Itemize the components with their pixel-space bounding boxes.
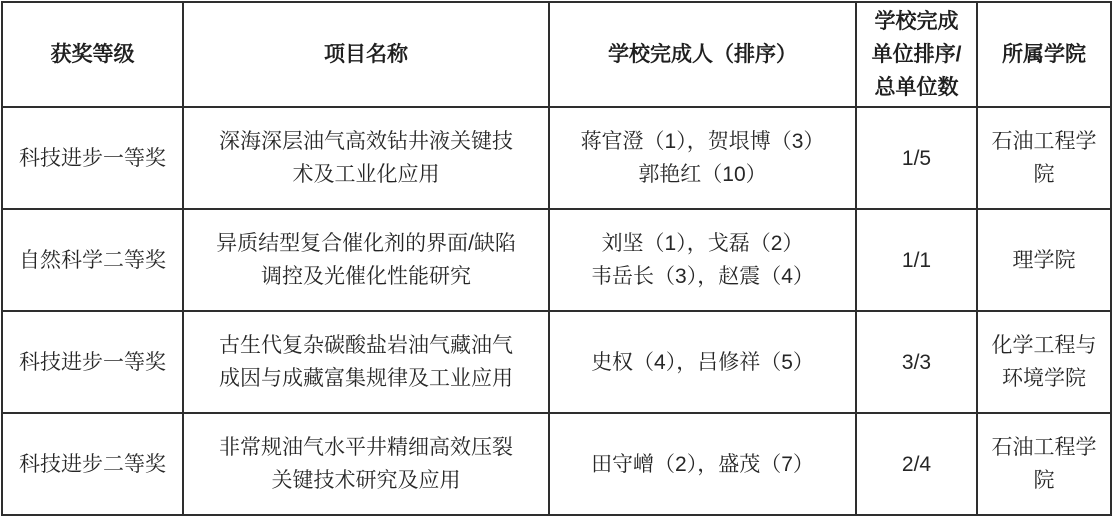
column-header-college: 所属学院 (977, 2, 1111, 107)
table-row: 科技进步一等奖 深海深层油气高效钻井液关键技 术及工业化应用 蒋官澄（1），贺垠… (2, 107, 1111, 209)
college-cell: 石油工程学 院 (977, 107, 1111, 209)
column-header-unit-rank: 学校完成 单位排序/ 总单位数 (856, 2, 977, 107)
table-row: 自然科学二等奖 异质结型复合催化剂的界面/缺陷 调控及光催化性能研究 刘坚（1）… (2, 209, 1111, 311)
awards-table-container: 获奖等级 项目名称 学校完成人（排序） 学校完成 单位排序/ 总单位数 所属学院… (0, 0, 1113, 518)
unit-rank-cell: 1/1 (856, 209, 977, 311)
column-header-award-level: 获奖等级 (2, 2, 183, 107)
award-level-cell: 科技进步二等奖 (2, 413, 183, 515)
completers-cell: 蒋官澄（1），贺垠博（3） 郭艳红（10） (549, 107, 856, 209)
college-cell: 石油工程学 院 (977, 413, 1111, 515)
project-name-cell: 异质结型复合催化剂的界面/缺陷 调控及光催化性能研究 (183, 209, 549, 311)
completers-cell: 田守嶒（2），盛茂（7） (549, 413, 856, 515)
award-level-cell: 自然科学二等奖 (2, 209, 183, 311)
column-header-completers: 学校完成人（排序） (549, 2, 856, 107)
award-level-cell: 科技进步一等奖 (2, 107, 183, 209)
table-header-row: 获奖等级 项目名称 学校完成人（排序） 学校完成 单位排序/ 总单位数 所属学院 (2, 2, 1111, 107)
table-row: 科技进步二等奖 非常规油气水平井精细高效压裂 关键技术研究及应用 田守嶒（2），… (2, 413, 1111, 515)
unit-rank-cell: 1/5 (856, 107, 977, 209)
unit-rank-cell: 2/4 (856, 413, 977, 515)
project-name-cell: 深海深层油气高效钻井液关键技 术及工业化应用 (183, 107, 549, 209)
college-cell: 理学院 (977, 209, 1111, 311)
table-row: 科技进步一等奖 古生代复杂碳酸盐岩油气藏油气 成因与成藏富集规律及工业应用 史权… (2, 311, 1111, 413)
completers-cell: 史权（4），吕修祥（5） (549, 311, 856, 413)
awards-table: 获奖等级 项目名称 学校完成人（排序） 学校完成 单位排序/ 总单位数 所属学院… (1, 1, 1112, 516)
award-level-cell: 科技进步一等奖 (2, 311, 183, 413)
column-header-project-name: 项目名称 (183, 2, 549, 107)
college-cell: 化学工程与 环境学院 (977, 311, 1111, 413)
unit-rank-cell: 3/3 (856, 311, 977, 413)
completers-cell: 刘坚（1），戈磊（2） 韦岳长（3），赵震（4） (549, 209, 856, 311)
project-name-cell: 古生代复杂碳酸盐岩油气藏油气 成因与成藏富集规律及工业应用 (183, 311, 549, 413)
project-name-cell: 非常规油气水平井精细高效压裂 关键技术研究及应用 (183, 413, 549, 515)
